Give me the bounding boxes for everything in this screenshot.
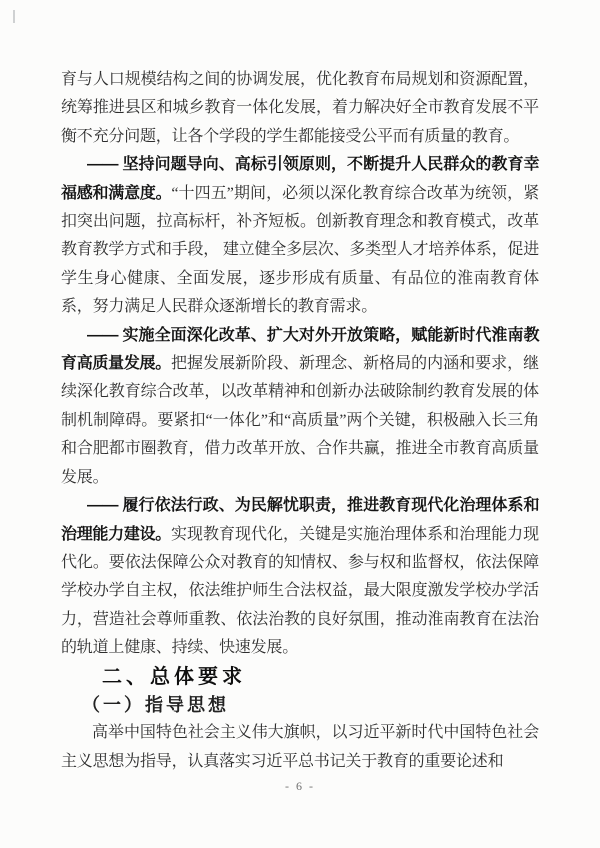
subsection-heading: （一）指导思想 (61, 691, 539, 719)
paragraph: —— 实施全面深化改革、扩大对外开放策略，赋能新时代淮南教育高质量发展。把握发展… (61, 322, 539, 492)
document-body: 育与人口规模结构之间的协调发展，优化教育布局规划和资源配置，统筹推进县区和城乡教… (61, 66, 539, 776)
paragraph-lead-bold: —— 实施全面深化改革、扩大对外开放策略，赋能新时代淮南教育高质量发展。 (61, 327, 539, 372)
paragraph: —— 履行依法行政、为民解忧职责，推进教育现代化治理体系和治理能力建设。实现教育… (61, 492, 539, 662)
document-page: 育与人口规模结构之间的协调发展，优化教育布局规划和资源配置，统筹推进县区和城乡教… (0, 0, 600, 848)
section-heading: 二、总体要求 (61, 663, 539, 691)
paragraph: 育与人口规模结构之间的协调发展，优化教育布局规划和资源配置，统筹推进县区和城乡教… (61, 66, 539, 151)
paragraph-lead-bold: —— 履行依法行政、为民解忧职责，推进教育现代化治理体系和治理能力建设。 (61, 497, 539, 542)
scan-artifact-mark (13, 10, 15, 23)
paragraph: —— 坚持问题导向、高标引领原则，不断提升人民群众的教育幸福感和满意度。“十四五… (61, 151, 539, 321)
paragraph-lead-bold: —— 坚持问题导向、高标引领原则，不断提升人民群众的教育幸福感和满意度。 (61, 156, 539, 201)
page-number: - 6 - (0, 779, 600, 794)
paragraph: 高举中国特色社会主义伟大旗帜，以习近平新时代中国特色社会主义思想为指导，认真落实… (61, 719, 539, 776)
